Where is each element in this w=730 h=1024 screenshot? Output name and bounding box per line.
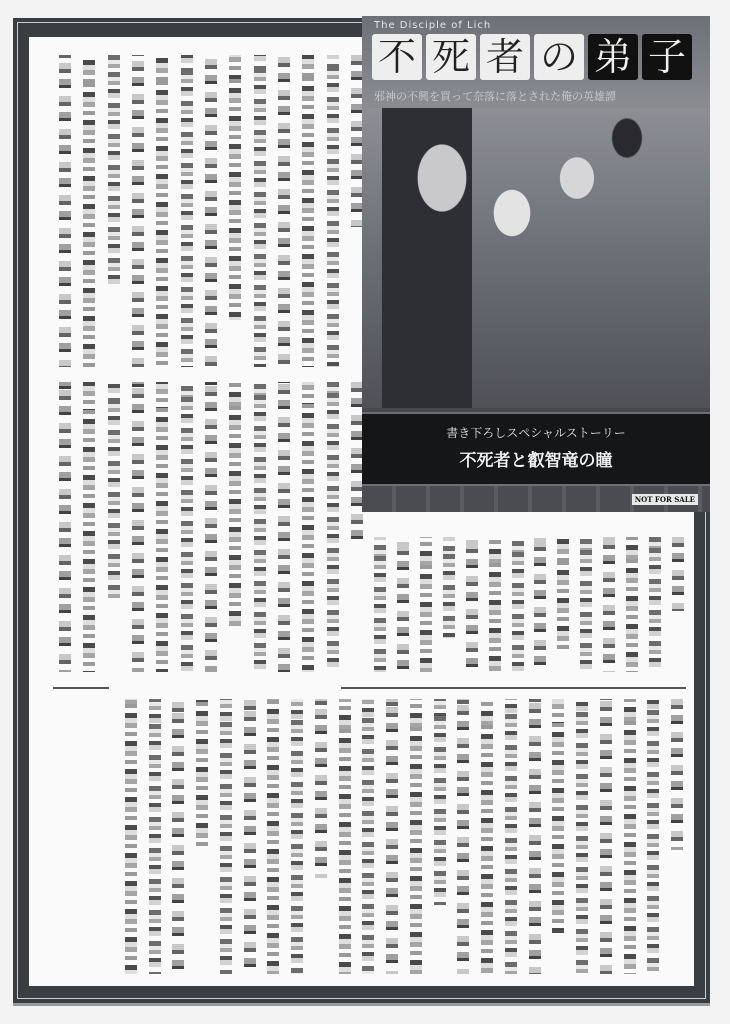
- text-column: [600, 699, 612, 974]
- text-column: [529, 699, 541, 974]
- text-column: [59, 382, 71, 672]
- text-column: [220, 699, 232, 974]
- text-block-middle-left: [53, 382, 369, 672]
- text-column: [672, 537, 684, 611]
- text-column: [481, 699, 493, 974]
- character-illustration: [362, 108, 710, 408]
- story-title: 不死者と叡智竜の瞳: [362, 446, 710, 471]
- text-column: [59, 55, 71, 367]
- text-column: [108, 382, 120, 600]
- text-column: [156, 55, 168, 367]
- title-char: 弟: [588, 34, 638, 80]
- text-column: [327, 382, 339, 672]
- text-column: [489, 537, 501, 672]
- title-char: 死: [426, 34, 476, 80]
- text-column: [626, 537, 638, 672]
- text-column: [229, 55, 241, 320]
- text-block-bottom: [119, 699, 689, 974]
- text-column: [302, 55, 314, 367]
- text-column: [267, 699, 279, 974]
- text-column: [132, 382, 144, 672]
- text-column: [374, 537, 386, 672]
- title-char: 不: [372, 34, 422, 80]
- special-story-label: 書き下ろしスペシャルストーリー: [362, 424, 710, 441]
- text-column: [125, 699, 137, 974]
- text-column: [386, 699, 398, 974]
- text-column: [327, 55, 339, 367]
- text-column: [397, 537, 409, 672]
- text-column: [420, 537, 432, 672]
- story-banner: 書き下ろしスペシャルストーリー 不死者と叡智竜の瞳: [362, 412, 710, 486]
- series-subtitle: 邪神の不興を買って奈落に落とされた俺の英雄譚: [374, 88, 616, 104]
- text-column: [291, 699, 303, 974]
- cover-illustration-panel: The Disciple of Lich 不 死 者 の 弟 子 邪神の不興を買…: [362, 16, 710, 512]
- text-column: [512, 537, 524, 672]
- text-column: [557, 537, 569, 652]
- section-divider-short: [53, 687, 109, 689]
- text-column: [132, 55, 144, 367]
- text-column: [181, 382, 193, 672]
- text-column: [83, 55, 95, 367]
- text-column: [647, 699, 659, 974]
- text-column: [229, 382, 241, 629]
- text-column: [466, 537, 478, 672]
- text-column: [278, 55, 290, 367]
- series-english-title: The Disciple of Lich: [374, 20, 491, 31]
- text-column: [505, 699, 517, 974]
- text-column: [534, 537, 546, 672]
- text-column: [181, 55, 193, 367]
- text-column: [339, 699, 351, 974]
- title-char: 者: [480, 34, 530, 80]
- text-column: [149, 699, 161, 974]
- text-block-top-left: [53, 55, 369, 367]
- text-column: [410, 699, 422, 974]
- cover-footer: NOT FOR SALE: [362, 486, 710, 512]
- text-column: [457, 699, 469, 974]
- text-column: [172, 699, 184, 974]
- text-column: [108, 55, 120, 289]
- text-column: [83, 382, 95, 672]
- text-column: [302, 382, 314, 672]
- title-char: 子: [642, 34, 692, 80]
- section-divider-long: [341, 687, 686, 689]
- text-column: [649, 537, 661, 672]
- text-column: [362, 699, 374, 974]
- title-char: の: [534, 34, 584, 80]
- text-column: [580, 537, 592, 672]
- text-column: [205, 382, 217, 672]
- text-column: [244, 699, 256, 974]
- text-column: [156, 382, 168, 672]
- text-column: [624, 699, 636, 974]
- text-column: [443, 537, 455, 638]
- text-column: [278, 382, 290, 672]
- text-column: [576, 699, 588, 974]
- series-title: 不 死 者 の 弟 子: [372, 34, 692, 80]
- text-column: [671, 699, 683, 850]
- not-for-sale-badge: NOT FOR SALE: [632, 494, 698, 505]
- text-column: [603, 537, 615, 672]
- text-column: [315, 699, 327, 878]
- text-column: [254, 55, 266, 367]
- text-block-middle-right: [369, 537, 689, 672]
- text-column: [552, 699, 564, 933]
- text-column: [205, 55, 217, 367]
- text-column: [254, 382, 266, 672]
- text-column: [434, 699, 446, 905]
- text-column: [196, 699, 208, 850]
